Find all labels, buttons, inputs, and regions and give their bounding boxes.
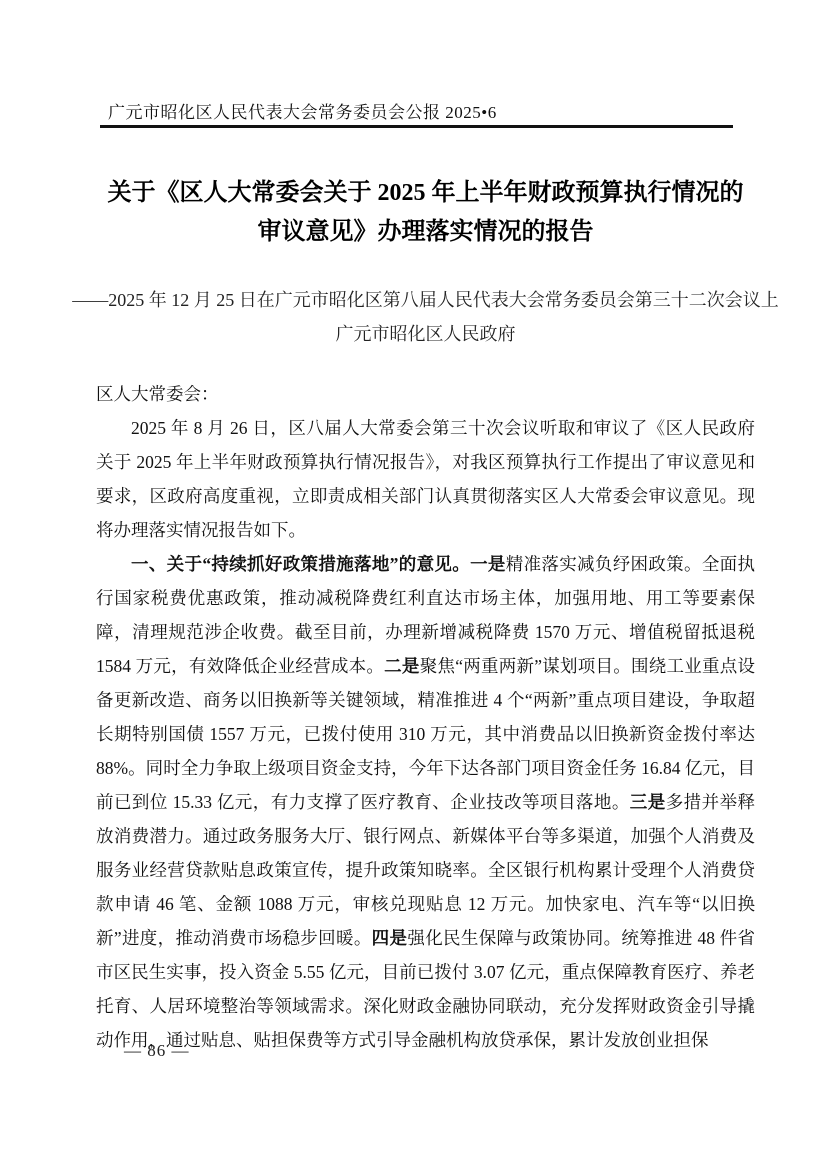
bold-run: 三是 — [630, 792, 666, 812]
bold-run: 四是 — [372, 928, 408, 948]
salutation: 区人大常委会： — [96, 377, 755, 411]
paragraph-intro: 2025 年 8 月 26 日，区八届人大常委会第三十次会议听取和审议了《区人民… — [96, 411, 755, 547]
text-run: 聚焦“两重两新”谋划项目。围绕工业重点设备更新改造、商务以旧换新等关键领域，精准… — [96, 656, 755, 812]
bold-run: 一、关于“持续抓好政策措施落地”的意见。一是 — [131, 554, 506, 574]
subtitle-block: ——2025 年 12 月 25 日在广元市昭化区第八届人民代表大会常务委员会第… — [70, 283, 781, 351]
text-run: 多措并举释放消费潜力。通过政务服务大厅、银行网点、新媒体平台等多渠道，加强个人消… — [96, 792, 755, 948]
subtitle-author: 广元市昭化区人民政府 — [70, 317, 781, 351]
paragraph-section-one: 一、关于“持续抓好政策措施落地”的意见。一是精准落实减负纾困政策。全面执行国家税… — [96, 547, 755, 1057]
document-title-line-2: 审议意见》办理落实情况的报告 — [96, 213, 755, 252]
document-body: 区人大常委会： 2025 年 8 月 26 日，区八届人大常委会第三十次会议听取… — [96, 377, 755, 1057]
header-rule-divider — [100, 125, 733, 128]
document-title: 关于《区人大常委会关于 2025 年上半年财政预算执行情况的 审议意见》办理落实… — [96, 174, 755, 252]
subtitle-meeting-info: ——2025 年 12 月 25 日在广元市昭化区第八届人民代表大会常务委员会第… — [70, 283, 781, 317]
document-page: 广元市昭化区人民代表大会常务委员会公报 2025•6 关于《区人大常委会关于 2… — [0, 0, 827, 1170]
document-title-line-1: 关于《区人大常委会关于 2025 年上半年财政预算执行情况的 — [96, 174, 755, 213]
page-number: — 86 — — [124, 1041, 190, 1061]
bulletin-header: 广元市昭化区人民代表大会常务委员会公报 2025•6 — [108, 98, 497, 123]
bold-run: 二是 — [384, 656, 420, 676]
